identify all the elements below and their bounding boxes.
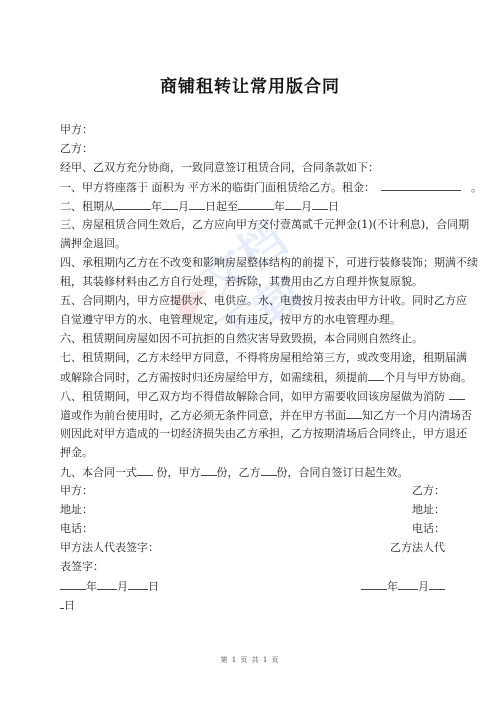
document-title: 商铺租转让常用版合同: [0, 72, 500, 97]
day-label: 日: [148, 580, 159, 593]
clause-7-line-1: 七、租赁期间，乙方未经甲方同意，不得将房屋租给第三方，或改变用途，租期届满: [60, 351, 445, 365]
date-a-year-blank[interactable]: [60, 579, 86, 590]
preamble: 经甲、乙双方充分协商，一致同意签订租赁合同，合同条款如下：: [60, 161, 445, 175]
month-label: 月: [418, 580, 429, 593]
clause-3-line-2: 满押金退回。: [60, 237, 445, 251]
clause-2: 二、租期从年月日起至年月日: [60, 199, 445, 214]
phone-b: 电话：: [412, 522, 445, 536]
clause-8-line-2: 道或作为前台使用时，乙方必须无条件同意，并在甲方书面知乙方一个月内清场否: [60, 408, 445, 423]
clause-5-line-1: 五、合同期内，甲方应提供水、电供应。水、电费按月按表由甲方计收。同时乙方应: [60, 294, 445, 308]
copies-a-label: 份，甲方: [153, 466, 201, 479]
start-day-blank[interactable]: [189, 199, 205, 210]
copies-total-blank[interactable]: [137, 465, 153, 476]
document-page: ▶文档下载 商铺租转让常用版合同 甲方： 乙方： 经甲、乙双方充分协商，一致同意…: [0, 0, 500, 706]
address-a: 地址：: [60, 503, 445, 517]
month-label: 月: [117, 580, 128, 593]
rep-b-cont: 表签字：: [60, 560, 445, 574]
clause-8-line-3: 则因此对甲方造成的一切经济损失由乙方承担，乙方按期清场后合同终止，甲方退还: [60, 427, 445, 441]
date-b-day-blank[interactable]: [429, 579, 445, 590]
clause-1: 一、甲方将座落于 面积为 平方米的临街门面租赁给乙方。租金：。: [60, 180, 445, 195]
copies-b-blank[interactable]: [261, 465, 277, 476]
clause-8-text-3: 知乙方一个月内清场否: [362, 409, 472, 422]
date-a-month-blank[interactable]: [97, 579, 117, 590]
rep-b: 乙方法人代: [390, 541, 445, 555]
month-label: 月: [301, 200, 312, 213]
rep-a: 甲方法人代表签字：: [60, 541, 445, 555]
end-day-blank[interactable]: [312, 199, 328, 210]
clause-9-text: 九、本合同一式: [60, 466, 137, 479]
party-a-line: 甲方：: [60, 123, 445, 137]
date-b-year-blank[interactable]: [361, 579, 387, 590]
rent-blank[interactable]: [381, 180, 461, 191]
start-year-blank[interactable]: [115, 199, 151, 210]
end-year-blank[interactable]: [238, 199, 274, 210]
clause-4-line-2: 租，其装修材料由乙方自行处理，若拆除，其费用由乙方自理并恢复原貌。: [60, 275, 445, 289]
clause-7-text: 或解除合同时，乙方需按时归还房屋给甲方，如需续租，须提前: [60, 371, 368, 384]
fire-blank[interactable]: [449, 389, 465, 400]
copies-b-label: 份，乙方: [217, 466, 261, 479]
clause-1-end: 。: [471, 181, 482, 194]
sign-party-a: 甲方：: [60, 484, 445, 498]
clause-8-text-2: 道或作为前台使用时，乙方必须无条件同意，并在甲方书面: [60, 409, 346, 422]
clause-1-text: 一、甲方将座落于 面积为 平方米的临街门面租赁给乙方。租金：: [60, 181, 375, 194]
until-label: 日起至: [205, 200, 238, 213]
party-b-line: 乙方：: [60, 142, 445, 156]
start-month-blank[interactable]: [162, 199, 178, 210]
address-b: 地址：: [412, 503, 445, 517]
page-number: 第 1 页 共 1 页: [0, 655, 500, 665]
clause-8-line-4: 押金。: [60, 446, 445, 460]
clause-4-line-1: 四、承租期内乙方在不改变和影响房屋整体结构的前提下，可进行装修装饰；期满不续: [60, 256, 445, 270]
clause-6: 六、租赁期间房屋如因不可抗拒的自然灾害导致毁损，本合同则自然终止。: [60, 332, 445, 346]
month-label: 月: [178, 200, 189, 213]
clause-3-line-1: 三、房屋租赁合同生效后，乙方应向甲方交付壹萬贰千元押金(1)(不计利息)，合同期: [60, 218, 445, 232]
clause-9: 九、本合同一式 份，甲方份，乙方份，合同自签订日起生效。: [60, 465, 445, 480]
day-label: 日: [328, 200, 339, 213]
notice-months-blank[interactable]: [368, 370, 384, 381]
clause-8-line-1: 八、租赁期间，甲乙双方均不得借故解除合同，如甲方需要收回该房屋做为消防: [60, 389, 445, 404]
year-label: 年: [86, 580, 97, 593]
clause-9-end: 份，合同自签订日起生效。: [277, 466, 409, 479]
year-label: 年: [151, 200, 162, 213]
phone-a: 电话：: [60, 522, 445, 536]
copies-a-blank[interactable]: [201, 465, 217, 476]
day-label: 日: [64, 599, 75, 612]
date-a-day-blank[interactable]: [128, 579, 148, 590]
year-label: 年: [387, 580, 398, 593]
end-month-blank[interactable]: [285, 199, 301, 210]
clause-7-end: 个月与甲方协商。: [384, 371, 472, 384]
clause-7-line-2: 或解除合同时，乙方需按时归还房屋给甲方，如需续租，须提前个月与甲方协商。: [60, 370, 445, 385]
date-b: 年月: [361, 579, 445, 594]
sign-party-b: 乙方：: [412, 484, 445, 498]
clause-2-text: 二、租期从: [60, 200, 115, 213]
clause-5-line-2: 自觉遵守甲方的水、电管理规定，如有违反，按甲方的水电管理办理。: [60, 313, 445, 327]
year-label: 年: [274, 200, 285, 213]
clause-8-text: 八、租赁期间，甲乙双方均不得借故解除合同，如甲方需要收回该房屋做为消防: [60, 390, 445, 403]
date-b-month-blank[interactable]: [398, 579, 418, 590]
date-b-cont: 日: [60, 598, 445, 613]
notify-blank[interactable]: [346, 408, 362, 419]
